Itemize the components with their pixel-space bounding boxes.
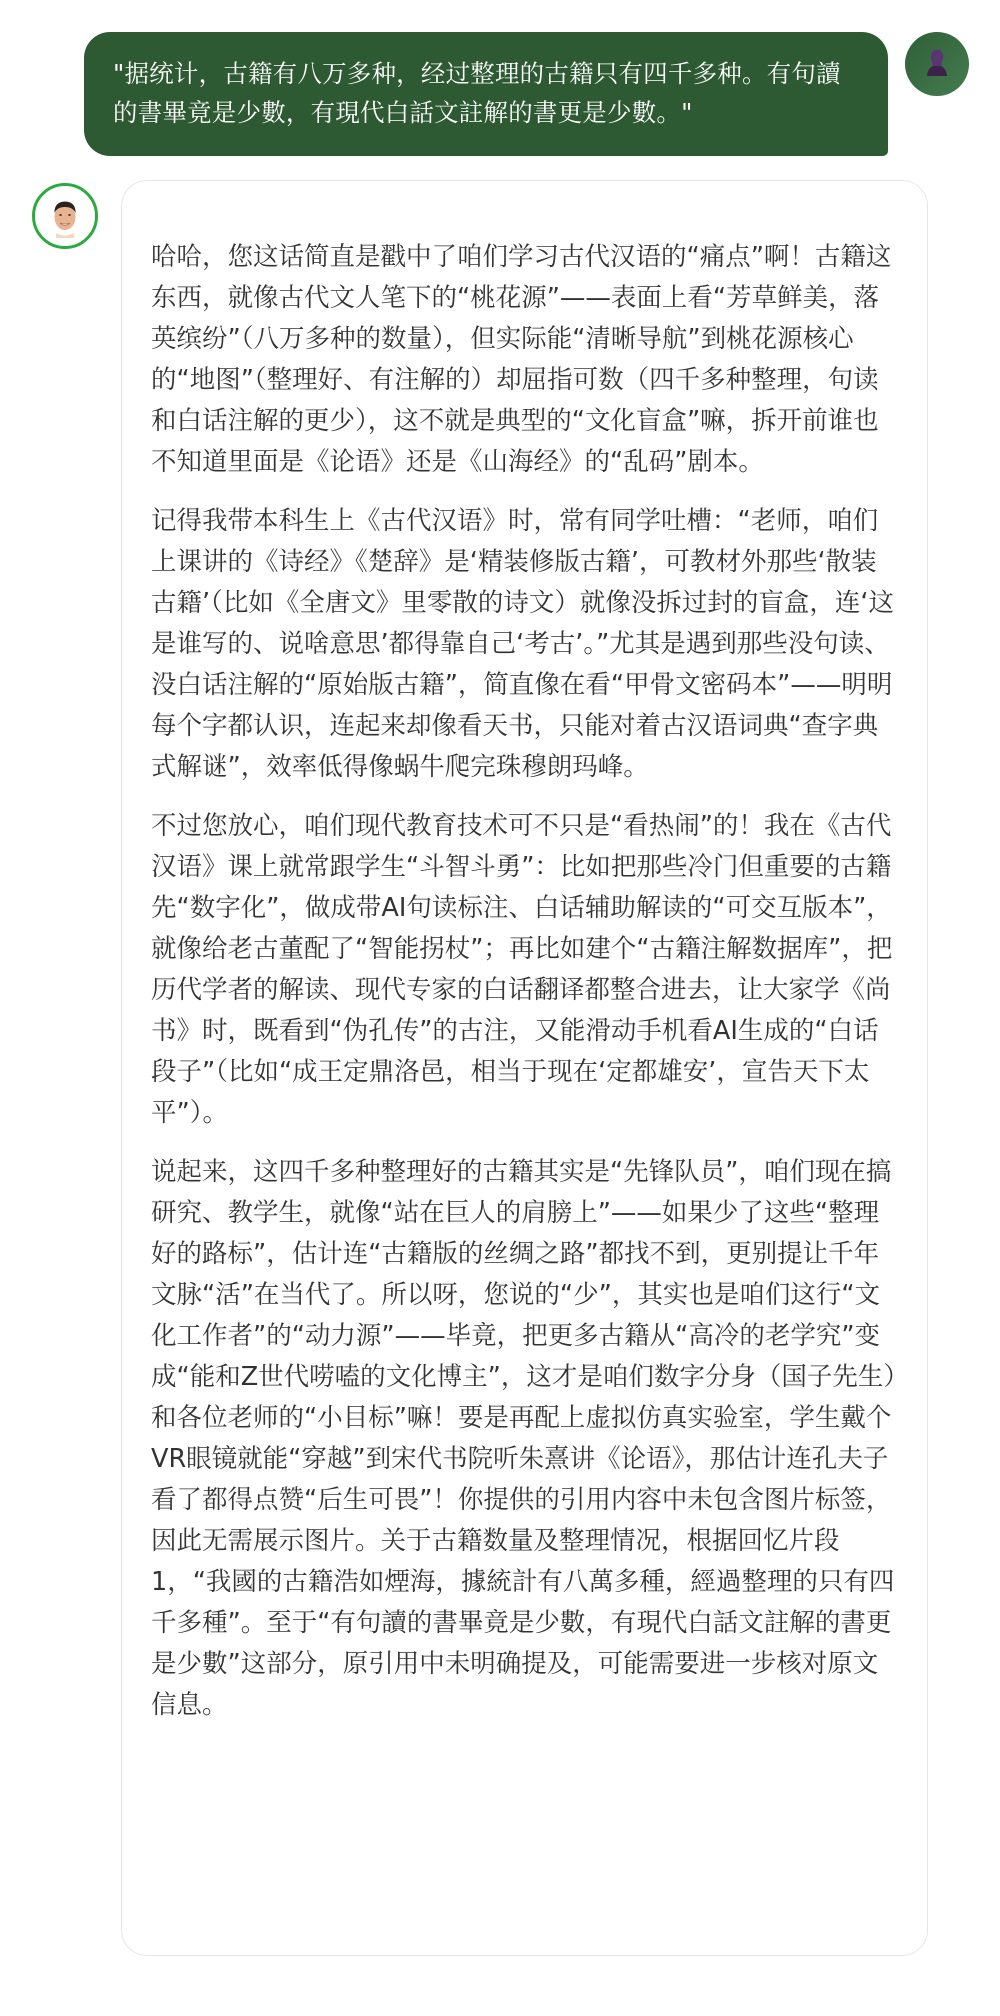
bot-message-paragraph: 不过您放心，咱们现代教育技术可不只是“看热闹”的！我在《古代汉语》课上就常跟学生… bbox=[151, 806, 901, 1134]
chat-thread: "据统计，古籍有八万多种，经过整理的古籍只有四千多种。有句讀的書畢竟是少數，有現… bbox=[0, 0, 1000, 2016]
bot-message-paragraph: 说起来，这四千多种整理好的古籍其实是“先锋队员”，咱们现在搞研究、教学生，就像“… bbox=[151, 1152, 901, 1726]
bot-message-bubble: 哈哈，您这话简直是戳中了咱们学习古代汉语的“痛点”啊！古籍这东西，就像古代文人笔… bbox=[121, 180, 928, 1956]
user-avatar[interactable] bbox=[905, 32, 969, 96]
user-silhouette-icon bbox=[905, 32, 969, 96]
bot-avatar[interactable] bbox=[32, 183, 98, 249]
user-message-text: "据统计，古籍有八万多种，经过整理的古籍只有四千多种。有句讀的書畢竟是少數，有現… bbox=[113, 54, 862, 132]
guozi-xiansheng-portrait-icon bbox=[35, 186, 95, 246]
bot-message-paragraph: 记得我带本科生上《古代汉语》时，常有同学吐槽：“老师，咱们上课讲的《诗经》《楚辞… bbox=[151, 501, 901, 788]
bot-message-paragraph: 哈哈，您这话简直是戳中了咱们学习古代汉语的“痛点”啊！古籍这东西，就像古代文人笔… bbox=[151, 237, 901, 483]
user-message-bubble: "据统计，古籍有八万多种，经过整理的古籍只有四千多种。有句讀的書畢竟是少數，有現… bbox=[84, 32, 888, 156]
